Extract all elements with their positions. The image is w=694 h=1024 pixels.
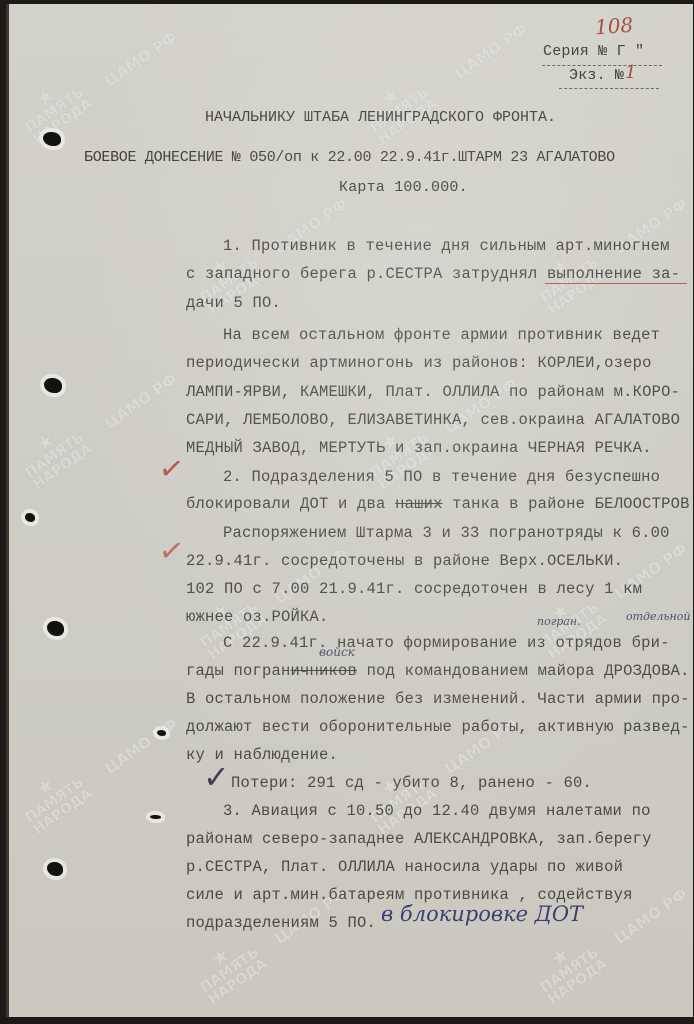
body-line: с западного берега р.СЕСТРА затруднял вы… xyxy=(186,265,680,283)
divider xyxy=(559,88,659,89)
body-line: р.СЕСТРА, Плат. ОЛЛИЛА наносила удары по… xyxy=(186,858,623,876)
binder-hole xyxy=(44,378,62,393)
body-line: Распоряжением Штарма 3 и 33 погранотряды… xyxy=(223,524,670,542)
divider xyxy=(542,65,662,66)
body-line: южнее оз.РОЙКА. xyxy=(186,608,329,626)
body-line: 3. Авиация с 10.50 до 12.40 двумя налета… xyxy=(223,802,651,820)
copy-label: Экз. № xyxy=(569,67,624,84)
watermark-pamyat-naroda: ★ПАМЯТЬНАРОДА xyxy=(356,69,439,147)
body-line: Потери: 291 сд - убито 8, ранено - 60. xyxy=(231,774,592,792)
watermark-pamyat-naroda: ★ПАМЯТЬНАРОДА xyxy=(11,414,94,492)
body-line: В остальном положение без изменений. Час… xyxy=(186,690,690,708)
check-mark-icon: ✓ xyxy=(157,532,187,570)
body-line: На всем остальном фронте армии противник… xyxy=(223,326,660,344)
binder-hole xyxy=(157,730,166,736)
body-line: 1. Противник в течение дня сильным арт.м… xyxy=(223,237,670,255)
document-title: БОЕВОЕ ДОНЕСЕНИЕ № 050/оп к 22.00 22.9.4… xyxy=(84,149,615,166)
handwritten-insertion: в блокировке ДОТ xyxy=(381,902,583,926)
map-scale: Карта 100.000. xyxy=(339,179,468,196)
check-mark-icon: ✓ xyxy=(203,758,230,796)
watermark-tsamo: ЦАМО РФ xyxy=(102,716,180,777)
document-page: ЦАМО РФ ЦАМО РФ ЦАМО РФ ЦАМО РФ ЦАМО РФ … xyxy=(6,4,693,1017)
watermark-pamyat-naroda: ★ПАМЯТЬНАРОДА xyxy=(186,929,269,1007)
check-mark-icon: ✓ xyxy=(157,450,187,488)
archive-number: 108 xyxy=(594,13,634,40)
watermark-pamyat-naroda: ★ПАМЯТЬНАРОДА xyxy=(526,929,609,1007)
body-line: периодически артминогонь из районов: КОР… xyxy=(186,354,652,372)
addressee: НАЧАЛЬНИКУ ШТАБА ЛЕНИНГРАДСКОГО ФРОНТА. xyxy=(205,109,556,126)
body-line: районам северо-западнее АЛЕКСАНДРОВКА, з… xyxy=(186,830,652,848)
body-line: должают вести оборонительные работы, акт… xyxy=(186,718,690,736)
watermark-pamyat-naroda: ★ПАМЯТЬНАРОДА xyxy=(11,759,94,837)
body-line: МЕДНЫЙ ЗАВОД, МЕРТУТЬ и зап.окраина ЧЕРН… xyxy=(186,439,652,457)
handwritten-insertion: погран. xyxy=(537,615,581,628)
handwritten-insertion: отдельной xyxy=(626,610,690,623)
body-line: блокировали ДОТ и два наших танка в райо… xyxy=(186,495,690,513)
red-underline xyxy=(545,283,687,284)
body-line: САРИ, ЛЕМБОЛОВО, ЕЛИЗАВЕТИНКА, сев.окраи… xyxy=(186,411,680,429)
handwritten-insertion: войск xyxy=(319,645,355,659)
binder-hole xyxy=(150,815,161,819)
binder-hole xyxy=(47,621,64,636)
body-line: дачи 5 ПО. xyxy=(186,294,281,312)
binder-hole xyxy=(47,862,63,876)
body-line: гады пограничников под командованием май… xyxy=(186,662,690,680)
body-line: 22.9.41г. сосредоточены в районе Верх.ОС… xyxy=(186,552,623,570)
watermark-pamyat-naroda: ★ПАМЯТЬНАРОДА xyxy=(356,759,439,837)
watermark-tsamo: ЦАМО РФ xyxy=(102,371,180,432)
copy-number: 1 xyxy=(625,62,636,83)
binder-hole xyxy=(25,513,35,522)
watermark-tsamo: ЦАМО РФ xyxy=(102,29,180,90)
body-line: С 22.9.41г. начато формирование из отряд… xyxy=(223,634,670,652)
body-line: 2. Подразделения 5 ПО в течение дня безу… xyxy=(223,468,660,486)
body-line: ЛАМПИ-ЯРВИ, КАМЕШКИ, Плат. ОЛЛИЛА по рай… xyxy=(186,383,680,401)
body-line: 102 ПО с 7.00 21.9.41г. сосредоточен в л… xyxy=(186,580,642,598)
series-label: Серия № Г " xyxy=(543,43,644,60)
binder-hole xyxy=(43,132,61,146)
body-line: подразделениям 5 ПО. xyxy=(186,914,376,932)
watermark-tsamo: ЦАМО РФ xyxy=(452,21,530,82)
